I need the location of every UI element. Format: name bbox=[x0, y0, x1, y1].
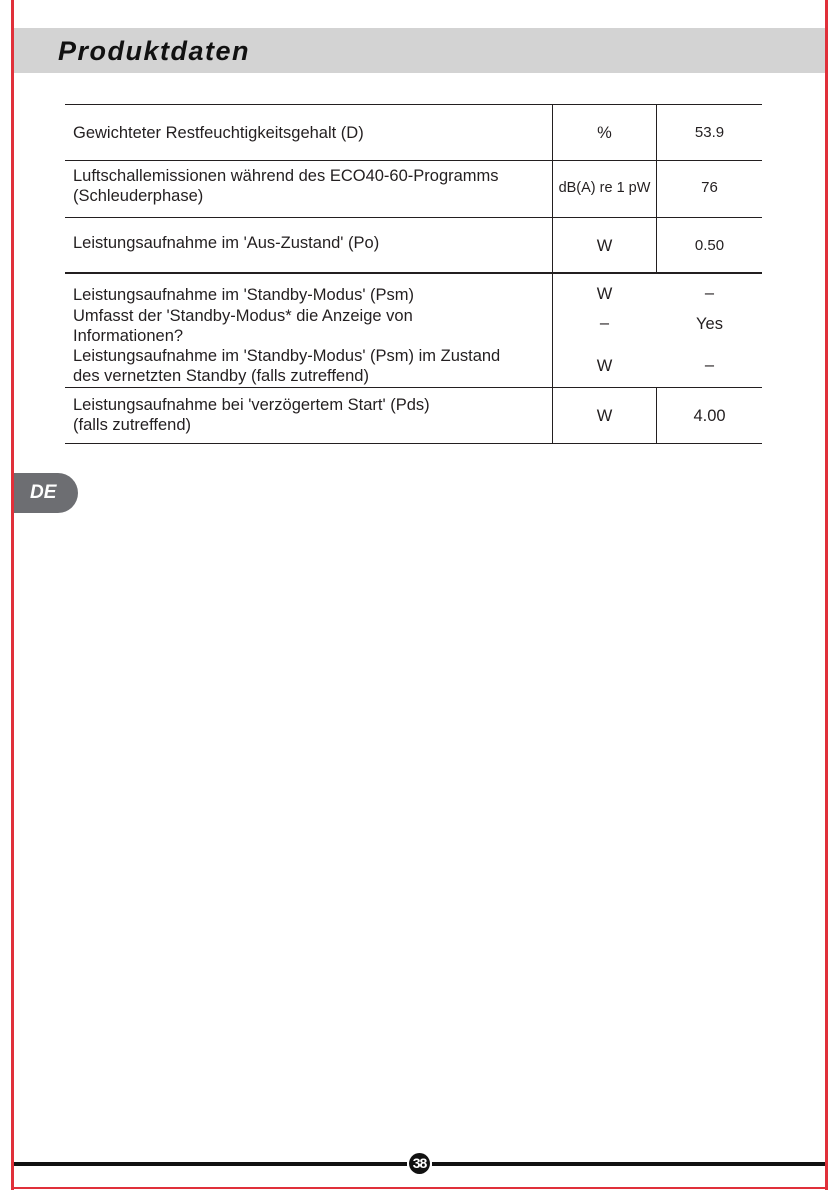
row-value: – bbox=[657, 283, 762, 303]
row-description: Gewichteter Restfeuchtigkeitsgehalt (D) bbox=[73, 123, 364, 143]
page-title: Produktdaten bbox=[58, 34, 250, 68]
row-description-line2: (Schleuderphase) bbox=[73, 186, 203, 206]
row-divider bbox=[65, 272, 762, 274]
row-value: Yes bbox=[657, 314, 762, 334]
row-divider bbox=[65, 387, 762, 388]
row-unit: dB(A) re 1 pW bbox=[553, 178, 656, 198]
row-description-line2: Informationen? bbox=[73, 326, 183, 346]
language-tab: DE bbox=[14, 473, 78, 513]
row-description: Luftschallemissionen während des ECO40-6… bbox=[73, 166, 499, 186]
row-description: Leistungsaufnahme im 'Aus-Zustand' (Po) bbox=[73, 233, 379, 253]
row-value: 76 bbox=[657, 178, 762, 198]
row-description: Leistungsaufnahme im 'Standby-Modus' (Ps… bbox=[73, 346, 500, 366]
page-frame-bottom bbox=[11, 1187, 828, 1189]
row-unit: – bbox=[553, 313, 656, 333]
row-unit: W bbox=[553, 406, 656, 426]
row-value: 0.50 bbox=[657, 236, 762, 256]
row-value: 53.9 bbox=[657, 123, 762, 143]
page-frame-left bbox=[11, 0, 14, 1190]
page-number: 38 bbox=[409, 1153, 430, 1174]
row-description-line2: (falls zutreffend) bbox=[73, 415, 191, 435]
row-description-line2: des vernetzten Standby (falls zutreffend… bbox=[73, 366, 369, 386]
column-divider bbox=[552, 104, 553, 444]
row-unit: W bbox=[553, 284, 656, 304]
footer-rule-left bbox=[14, 1162, 407, 1166]
row-description: Leistungsaufnahme im 'Standby-Modus' (Ps… bbox=[73, 285, 414, 305]
row-value: – bbox=[657, 355, 762, 375]
row-description: Leistungsaufnahme bei 'verzögertem Start… bbox=[73, 395, 430, 415]
table-border-top bbox=[65, 104, 762, 105]
row-value: 4.00 bbox=[657, 406, 762, 426]
row-divider bbox=[65, 217, 762, 218]
row-unit: % bbox=[553, 123, 656, 143]
footer-rule-right bbox=[432, 1162, 825, 1166]
row-unit: W bbox=[553, 356, 656, 376]
page-frame-right bbox=[825, 0, 828, 1190]
table-border-bottom bbox=[65, 443, 762, 444]
row-divider bbox=[65, 160, 762, 161]
row-unit: W bbox=[553, 236, 656, 256]
row-description: Umfasst der 'Standby-Modus* die Anzeige … bbox=[73, 306, 413, 326]
